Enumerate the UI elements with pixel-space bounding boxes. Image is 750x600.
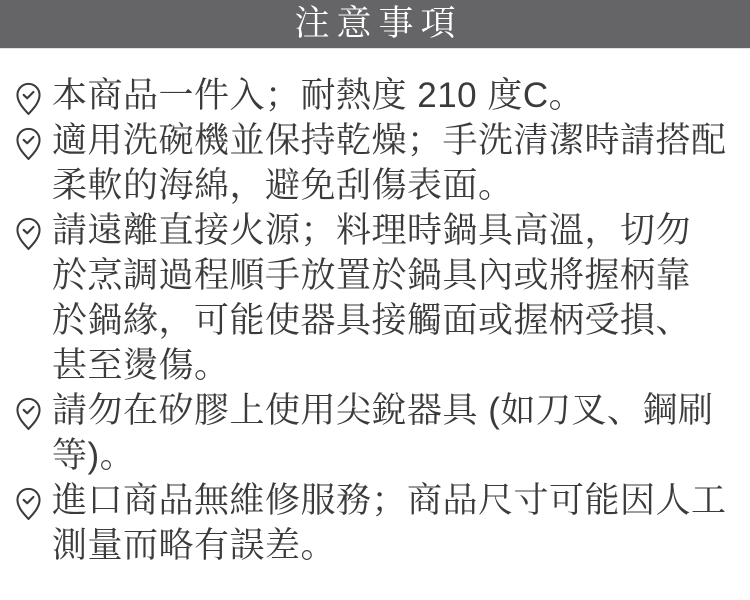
section-title: 注意事項 [294, 0, 462, 48]
notice-item: 請勿在矽膠上使用尖銳器具 (如刀叉、鋼刷 等)。 [14, 388, 732, 478]
check-pin-icon [14, 73, 52, 118]
notice-text: 請遠離直接火源；料理時鍋具高溫，切勿 於烹調過程順手放置於鍋具內或將握柄靠 於鍋… [52, 208, 691, 388]
notice-text: 本商品一件入；耐熱度 210 度C。 [52, 73, 584, 118]
notice-section: 注意事項 本商品一件入；耐熱度 210 度C。 適用洗碗機並保持乾燥；手洗清潔時… [0, 0, 750, 600]
check-pin-icon [14, 118, 52, 163]
notice-text: 進口商品無維修服務；商品尺寸可能因人工 測量而略有誤差。 [52, 478, 727, 568]
notice-item: 適用洗碗機並保持乾燥；手洗清潔時請搭配 柔軟的海綿，避免刮傷表面。 [14, 118, 732, 208]
notice-list: 本商品一件入；耐熱度 210 度C。 適用洗碗機並保持乾燥；手洗清潔時請搭配 柔… [0, 49, 750, 568]
notice-text: 請勿在矽膠上使用尖銳器具 (如刀叉、鋼刷 等)。 [52, 388, 713, 478]
check-pin-icon [14, 478, 52, 523]
check-pin-icon [14, 208, 52, 253]
notice-text: 適用洗碗機並保持乾燥；手洗清潔時請搭配 柔軟的海綿，避免刮傷表面。 [52, 118, 727, 208]
section-header: 注意事項 [0, 0, 750, 49]
notice-item: 本商品一件入；耐熱度 210 度C。 [14, 73, 732, 118]
check-pin-icon [14, 388, 52, 433]
notice-item: 請遠離直接火源；料理時鍋具高溫，切勿 於烹調過程順手放置於鍋具內或將握柄靠 於鍋… [14, 208, 732, 388]
notice-item: 進口商品無維修服務；商品尺寸可能因人工 測量而略有誤差。 [14, 478, 732, 568]
